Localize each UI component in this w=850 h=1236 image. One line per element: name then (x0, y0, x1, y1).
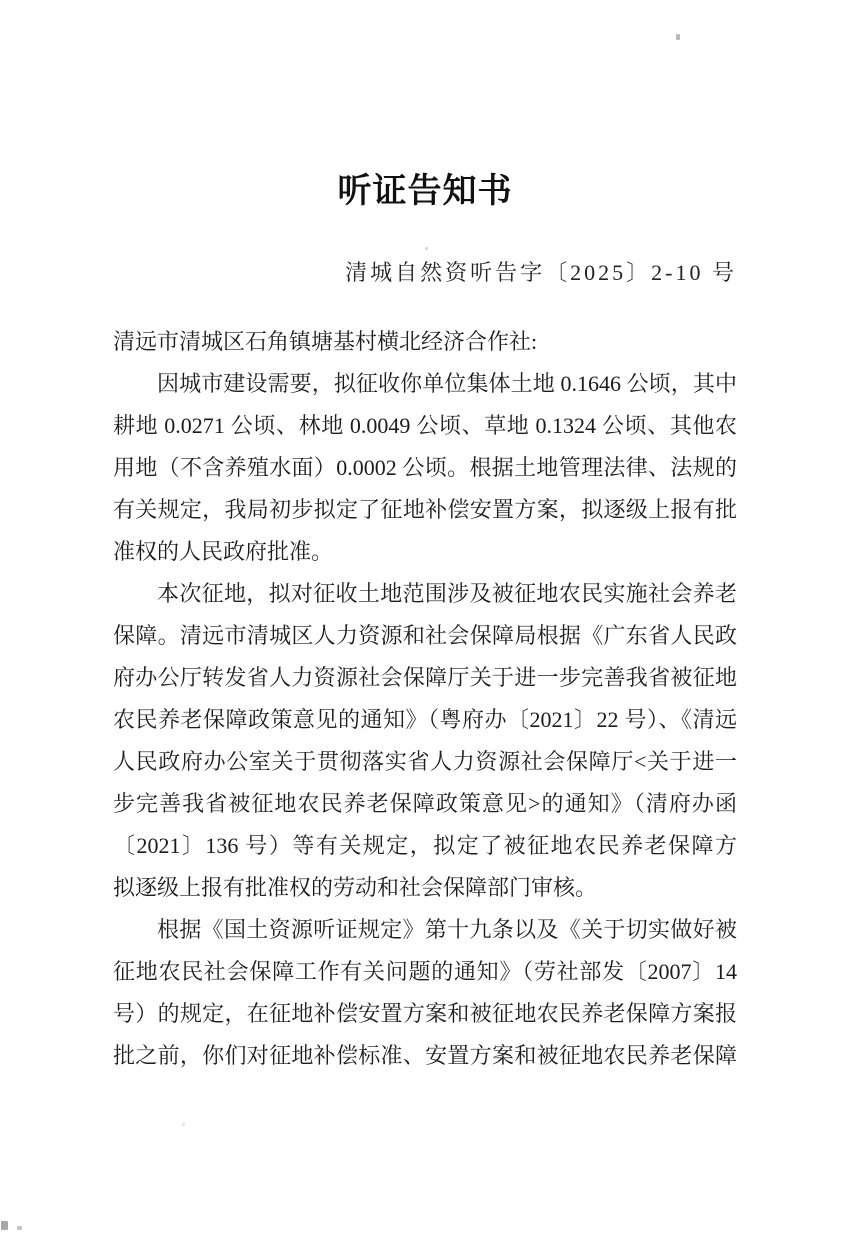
body-line: 有关规定，我局初步拟定了征地补偿安置方案，拟逐级上报有批 (113, 489, 737, 531)
body-line: 用地（不含养殖水面）0.0002 公顷。根据土地管理法律、法规的 (113, 447, 737, 489)
scan-speck (1, 1221, 8, 1230)
body-line: 步完善我省被征地农民养老保障政策意见>的通知》（清府办函 (113, 783, 737, 825)
body-line: 因城市建设需要，拟征收你单位集体土地 0.1646 公顷，其中 (113, 363, 737, 405)
body-line: 根据《国土资源听证规定》第十九条以及《关于切实做好被 (113, 909, 737, 951)
scanned-document-page: 听证告知书 清城自然资听告字〔2025〕2-10 号 清远市清城区石角镇塘基村横… (0, 0, 850, 1236)
body-line: 府办公厅转发省人力资源社会保障厅关于进一步完善我省被征地 (113, 657, 737, 699)
document-body: 清远市清城区石角镇塘基村横北经济合作社: 因城市建设需要，拟征收你单位集体土地 … (113, 321, 737, 1077)
body-line: 征地农民社会保障工作有关问题的通知》（劳社部发〔2007〕14 (113, 951, 737, 993)
body-line: 拟逐级上报有批准权的劳动和社会保障部门审核。 (113, 867, 737, 909)
scan-speck (676, 34, 680, 40)
body-line: 耕地 0.0271 公顷、林地 0.0049 公顷、草地 0.1324 公顷、其… (113, 405, 737, 447)
body-line: 准权的人民政府批准。 (113, 531, 737, 573)
body-line: 号）的规定，在征地补偿安置方案和被征地农民养老保障方案报 (113, 993, 737, 1035)
scan-speck (425, 247, 428, 250)
addressee-line: 清远市清城区石角镇塘基村横北经济合作社: (113, 321, 737, 363)
body-line: 本次征地，拟对征收土地范围涉及被征地农民实施社会养老 (113, 573, 737, 615)
body-line: 批之前，你们对征地补偿标准、安置方案和被征地农民养老保障 (113, 1035, 737, 1077)
body-line: 保障。清远市清城区人力资源和社会保障局根据《广东省人民政 (113, 615, 737, 657)
scan-speck (182, 1123, 185, 1126)
body-line: 人民政府办公室关于贯彻落实省人力资源社会保障厅<关于进一 (113, 741, 737, 783)
document-reference-number: 清城自然资听告字〔2025〕2-10 号 (345, 256, 737, 290)
document-title: 听证告知书 (0, 170, 850, 212)
body-line: 〔2021〕136 号）等有关规定，拟定了被征地农民养老保障方案， (113, 825, 737, 867)
body-line: 农民养老保障政策意见的通知》（粤府办〔2021〕22 号）、《清远市 (113, 699, 737, 741)
scan-speck (17, 1226, 22, 1230)
